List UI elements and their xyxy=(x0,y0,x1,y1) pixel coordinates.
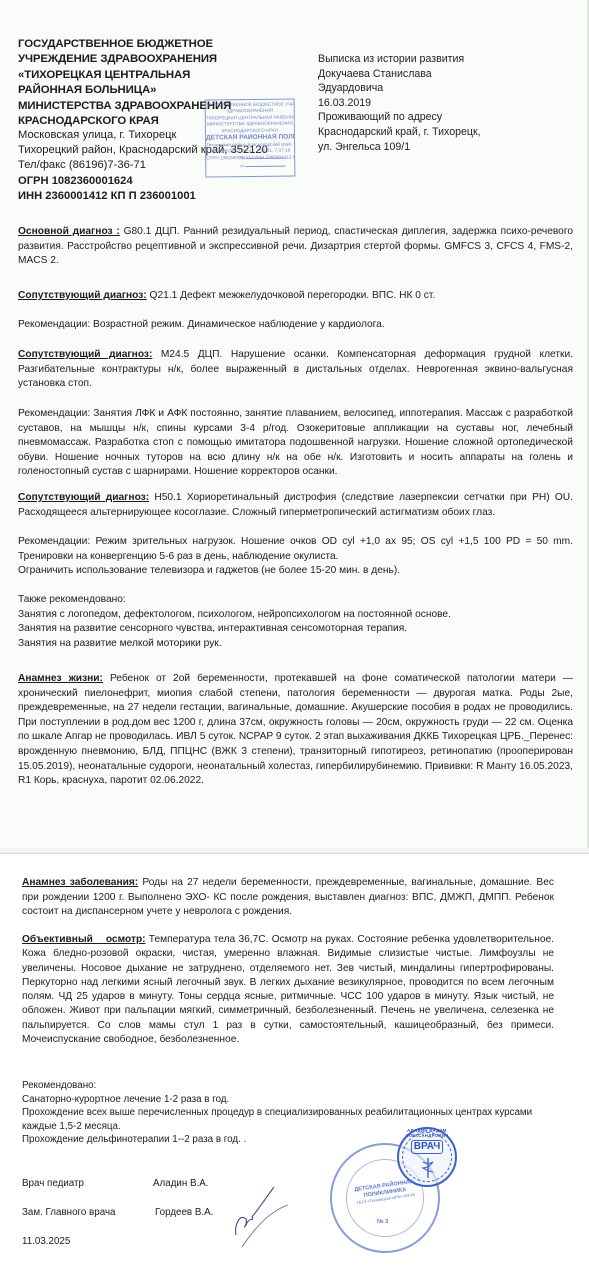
section-label: Также рекомендовано: xyxy=(18,593,573,608)
organization-line: УЧРЕЖДЕНИЕ ЗДРАВООХРАНЕНИЯ xyxy=(18,52,318,67)
recommendations-eye-screen: Ограничить использование телевизора и га… xyxy=(18,564,573,579)
list-item: Санаторно-курортное лечение 1-2 раза в г… xyxy=(22,1093,554,1107)
signer-role: Зам. Главного врача xyxy=(22,1207,116,1218)
stamp-registration-fields: № от xyxy=(240,154,286,170)
organization-line: «ТИХОРЕЦКАЯ ЦЕНТРАЛЬНАЯ xyxy=(18,68,318,83)
signer-name: Гордеев В.А. xyxy=(155,1207,213,1218)
document-type: Выписка из истории развития xyxy=(318,52,481,67)
doctor-stamp-label: ВРАЧ xyxy=(411,1140,443,1154)
section-label: Основной диагноз : xyxy=(18,226,120,237)
patient-street: ул. Энгельса 109/1 xyxy=(318,140,481,155)
disease-anamnesis-section: Анамнез заболевания: Роды на 27 недели б… xyxy=(22,876,554,920)
patient-name: Докучаева Станислава xyxy=(318,67,481,82)
patient-address: Краснодарский край, г. Тихорецк, xyxy=(318,125,481,140)
recommendations-ortho: Рекомендации: Занятия ЛФК и АФК постоянн… xyxy=(18,407,573,480)
document-date: 11.03.2025 xyxy=(22,1236,70,1247)
concomitant-diagnosis-cardio: Сопутствующий диагноз: Q21.1 Дефект межж… xyxy=(18,289,573,304)
section-label: Сопутствующий диагноз: xyxy=(18,492,149,503)
section-label: Объективный осмотр: xyxy=(22,934,146,945)
patient-info: Выписка из истории развития Докучаева Ст… xyxy=(318,52,481,154)
organization-line: РАЙОННАЯ БОЛЬНИЦА» xyxy=(18,83,318,98)
signature-icon xyxy=(230,1185,300,1250)
list-item: Занятия на развитие сенсорного чувства, … xyxy=(18,622,573,637)
recommendations-eye: Рекомендации: Режим зрительных нагрузок.… xyxy=(18,535,573,564)
stamp-number: № 3 xyxy=(377,1219,388,1225)
main-diagnosis-section: Основной диагноз : G80.1 ДЦП. Ранний рез… xyxy=(18,225,573,269)
doctor-personal-stamp: АЛАДИН ВАДИМ АЛЕКСАНДРОВИЧ ВРАЧ xyxy=(397,1127,457,1187)
section-label: Анамнез заболевания: xyxy=(22,877,138,888)
signer-role: Врач педиатр xyxy=(22,1178,84,1189)
section-text: Ребенок от 2ой беременности, протекавшей… xyxy=(18,673,573,786)
recommended-section: Рекомендовано: Санаторно-курортное лечен… xyxy=(22,1079,554,1147)
address-label: Проживающий по адресу xyxy=(318,110,481,125)
section-label: Сопутствующий диагноз: xyxy=(18,349,152,360)
document-page-1: ГОСУДАРСТВЕННОЕ БЮДЖЕТНОЕ УЧРЕЖДЕНИЕ ЗДР… xyxy=(0,0,589,852)
objective-exam-section: Объективный осмотр: Температура тела 36,… xyxy=(22,933,554,1047)
concomitant-diagnosis-ortho: Сопутствующий диагноз: M24.5 ДЦП. Наруше… xyxy=(18,348,573,392)
recommendations-cardio: Рекомендации: Возрастной режим. Динамиче… xyxy=(18,318,573,333)
caduceus-icon xyxy=(419,1157,437,1179)
also-recommended-section: Также рекомендовано: Занятия с логопедом… xyxy=(18,593,573,651)
list-item: Занятия с логопедом, дефектологом, психо… xyxy=(18,608,573,623)
signer-name: Аладин В.А. xyxy=(153,1178,209,1189)
section-label: Анамнез жизни: xyxy=(18,673,103,684)
concomitant-diagnosis-eye: Сопутствующий диагноз: H50.1 Хориоретина… xyxy=(18,491,573,520)
section-text: Температура тела 36,7С. Осмотр на руках.… xyxy=(22,934,554,1045)
section-text: Q21.1 Дефект межжелудочковой перегородки… xyxy=(147,290,435,301)
section-label: Сопутствующий диагноз: xyxy=(18,290,147,301)
section-label: Рекомендовано: xyxy=(22,1079,554,1093)
inn-kpp: ИНН 2360001412 КП П 236001001 xyxy=(18,189,268,204)
institution-stamp: ГОСУДАРСТВЕННОЕ БЮДЖЕТНОЕ УЧРЕЖДЕНИЕ ЗДР… xyxy=(205,99,296,178)
list-item: Прохождение всех выше перечисленных проц… xyxy=(22,1106,554,1133)
doctor-stamp-name: АЛАДИН ВАДИМ АЛЕКСАНДРОВИЧ xyxy=(399,1128,455,1138)
patient-birth-date: 16.03.2019 xyxy=(318,96,481,111)
list-item: Прохождение дельфинотерапии 1--2 раза в … xyxy=(22,1133,554,1147)
life-anamnesis-section: Анамнез жизни: Ребенок от 2ой беременнос… xyxy=(18,672,573,789)
organization-line: ГОСУДАРСТВЕННОЕ БЮДЖЕТНОЕ xyxy=(18,37,318,52)
list-item: Занятия на развитие мелкой моторики рук. xyxy=(18,637,573,652)
patient-patronymic: Эдуардовича xyxy=(318,81,481,96)
